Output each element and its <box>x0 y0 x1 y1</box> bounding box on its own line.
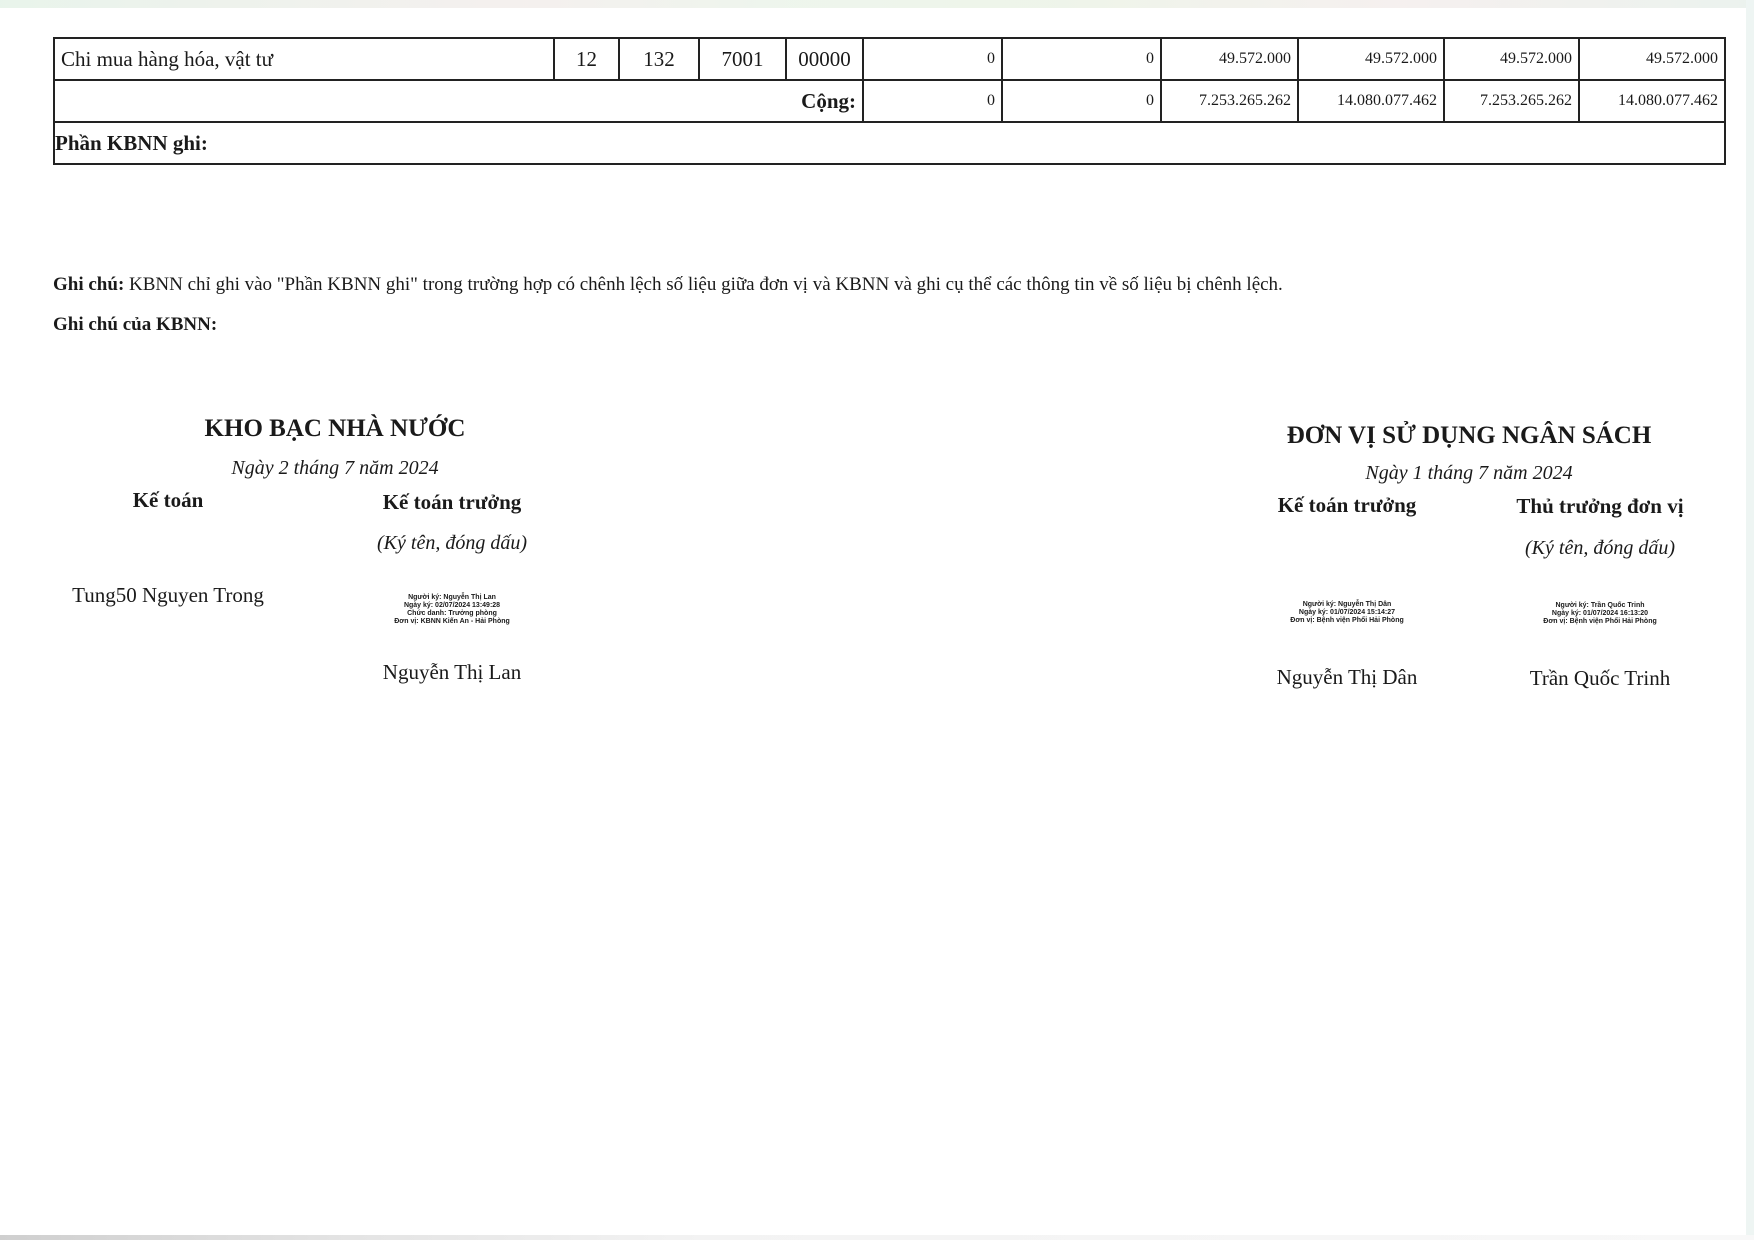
kbnn-note-line: Ghi chú của KBNN: <box>53 314 217 336</box>
budget-unit-head-stamp: Người ký: Trần Quốc Trinh Ngày ký: 01/07… <box>1543 602 1656 626</box>
value-cell: 0 <box>863 38 1002 80</box>
kbnn-section-label: Phần KBNN ghi: <box>54 122 1725 164</box>
row-label: Chi mua hàng hóa, vật tư <box>54 38 554 80</box>
treasury-date: Ngày 2 tháng 7 năm 2024 <box>231 457 438 480</box>
stamp-date: Ngày ký: 01/07/2024 16:13:20 <box>1543 610 1656 618</box>
treasury-accountant-name: Tung50 Nguyen Trong <box>72 583 264 608</box>
stamp-date: Ngày ký: 02/07/2024 13:49:28 <box>394 602 510 610</box>
budget-unit-head-role: Thủ trưởng đơn vị <box>1516 494 1683 519</box>
stamp-date: Ngày ký: 01/07/2024 15:14:27 <box>1290 609 1403 617</box>
code-section: 132 <box>619 38 699 80</box>
kbnn-note-label: Ghi chú của KBNN: <box>53 314 217 335</box>
value-cell: 49.572.000 <box>1298 38 1444 80</box>
treasury-chief-role: Kế toán trưởng <box>383 490 522 515</box>
stamp-signer: Người ký: Nguyễn Thị Dân <box>1290 601 1403 609</box>
note-line: Ghi chú: KBNN chỉ ghi vào "Phần KBNN ghi… <box>53 274 1283 296</box>
budget-table: Chi mua hàng hóa, vật tư 12 132 7001 000… <box>53 37 1726 165</box>
value-cell: 49.572.000 <box>1444 38 1579 80</box>
note-text: KBNN chỉ ghi vào "Phần KBNN ghi" trong t… <box>129 274 1283 295</box>
value-cell: 0 <box>1002 38 1161 80</box>
total-value: 0 <box>1002 80 1161 122</box>
treasury-chief-name: Nguyễn Thị Lan <box>383 660 521 685</box>
table-row: Chi mua hàng hóa, vật tư 12 132 7001 000… <box>54 38 1725 80</box>
stamp-signer: Người ký: Nguyễn Thị Lan <box>394 594 510 602</box>
stamp-unit: Đơn vị: KBNN Kiến An - Hải Phòng <box>394 618 510 626</box>
value-cell: 49.572.000 <box>1579 38 1725 80</box>
note-label: Ghi chú: <box>53 274 124 295</box>
scan-edge-top <box>0 0 1754 8</box>
budget-unit-chief-stamp: Người ký: Nguyễn Thị Dân Ngày ký: 01/07/… <box>1290 601 1403 625</box>
total-row: Cộng: 0 0 7.253.265.262 14.080.077.462 7… <box>54 80 1725 122</box>
budget-unit-chief-role: Kế toán trưởng <box>1278 493 1417 518</box>
kbnn-section-row: Phần KBNN ghi: <box>54 122 1725 164</box>
total-value: 0 <box>863 80 1002 122</box>
budget-unit-date: Ngày 1 tháng 7 năm 2024 <box>1365 462 1572 485</box>
budget-unit-sign-hint: (Ký tên, đóng dấu) <box>1525 537 1675 560</box>
budget-unit-title: ĐƠN VỊ SỬ DỤNG NGÂN SÁCH <box>1287 422 1652 450</box>
total-label: Cộng: <box>54 80 863 122</box>
treasury-sign-hint: (Ký tên, đóng dấu) <box>377 532 527 555</box>
code-chapter: 12 <box>554 38 619 80</box>
treasury-digital-stamp: Người ký: Nguyễn Thị Lan Ngày ký: 02/07/… <box>394 594 510 626</box>
value-cell: 49.572.000 <box>1161 38 1298 80</box>
stamp-signer: Người ký: Trần Quốc Trinh <box>1543 602 1656 610</box>
code-item: 7001 <box>699 38 786 80</box>
budget-unit-head-name: Trần Quốc Trinh <box>1530 666 1670 691</box>
code-program: 00000 <box>786 38 863 80</box>
budget-unit-chief-name: Nguyễn Thị Dân <box>1277 665 1418 690</box>
total-value: 14.080.077.462 <box>1298 80 1444 122</box>
scan-edge-bottom <box>0 1235 1754 1240</box>
total-value: 7.253.265.262 <box>1444 80 1579 122</box>
stamp-unit: Đơn vị: Bệnh viện Phổi Hải Phòng <box>1290 617 1403 625</box>
total-value: 7.253.265.262 <box>1161 80 1298 122</box>
scan-edge-right <box>1746 0 1754 1240</box>
treasury-accountant-role: Kế toán <box>133 488 204 513</box>
stamp-position: Chức danh: Trưởng phòng <box>394 610 510 618</box>
treasury-title: KHO BẠC NHÀ NƯỚC <box>205 415 466 443</box>
total-value: 14.080.077.462 <box>1579 80 1725 122</box>
stamp-unit: Đơn vị: Bệnh viện Phổi Hải Phòng <box>1543 618 1656 626</box>
